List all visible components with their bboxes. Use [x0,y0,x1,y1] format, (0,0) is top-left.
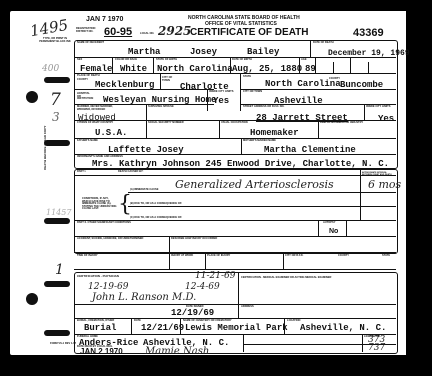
death-caused-by-label: DEATH CAUSED BY: [118,171,143,174]
middle-name: Josey [190,47,217,57]
registrar-signature: Mamie Nash [145,346,209,357]
punch-hole-2 [26,293,38,305]
side-text: DEATH BEFORE 1 YEAR COPY [44,126,47,170]
disposition-date-label: DATE [134,320,141,323]
accident-label: ACCIDENT, SUICIDE, HOMICIDE, OR UNDETERM… [77,238,143,241]
margin-note-7: 7 [50,90,61,110]
last-name: Bailey [247,47,279,57]
interval-label: APPROXIMATE INTERVAL BETWEEN ONSET AND D… [362,172,394,176]
punch-hole [26,91,38,103]
last-saw-alive: 12-4-69 [185,282,220,292]
location-label: LOCATION [287,320,300,323]
injury-at-work-label: INJURY AT WORK [171,255,193,258]
name-label: NAME OF DECEDENT [77,42,104,45]
margin-tab-parents [44,140,70,146]
describe-injury-label: DESCRIBE HOW INJURY OCCURRED [171,238,217,241]
autopsy: No [329,228,338,235]
inside-city-label: INSIDE CITY LIMITS [209,91,233,94]
part2-label: PART II. OTHER SIGNIFICANT CONDITIONS [77,222,131,225]
age-label: AGE [301,59,307,62]
cause-interval: 6 mos [368,178,401,191]
burial: Burial [84,323,116,333]
injury-state-label: STATE [382,255,390,258]
received-stamp: JAN 7 1970 [86,16,123,23]
date-of-death-label: DATE OF DEATH [313,42,334,45]
physician-cert-label: CERTIFICATION - PHYSICIAN [77,275,119,278]
local-no: 2925 [158,24,191,38]
time-of-injury-label: TIME OF INJURY [77,255,98,258]
margin-tab-funeral [44,330,70,336]
marital-label: MARRIED, NEVER MARRIED, WIDOWED, DIVORCE… [77,106,121,111]
location: Asheville, N. C. [300,323,386,333]
residence-county-label: COUNTY [329,78,340,81]
business-label: KIND OF BUSINESS OR INDUSTRY [320,122,363,125]
disposition-date: 12/21/69 [141,323,184,333]
immediate-cause: Generalized Arteriosclerosis [175,178,334,191]
city-rfd-label: CITY OR R.F.D. [285,255,303,258]
inside-city-res-label: INSIDE CITY LIMITS [366,106,392,109]
certificate-title: CERTIFICATE OF DEATH [190,27,309,38]
margin-tab-decedent [44,77,70,83]
form-number: FORM VS-1 REV 1-67 [50,343,76,346]
cemetery: Lewis Memorial Park [185,323,288,333]
part1-label: PART I. [77,171,86,174]
dob-label: DATE OF BIRTH [232,59,252,62]
first-name: Martha [128,47,160,57]
ssn-label: SOCIAL SECURITY NUMBER [148,122,184,125]
sex-label: SEX [77,59,82,62]
attended-from: 11-21-69 [195,271,235,281]
ink-instruction: TYPE, OR PRINT IN PERMANENT BLACK INK [37,38,73,43]
occupation-label: USUAL OCCUPATION [221,122,271,125]
citizen-label: CITIZEN OF WHAT COUNTRY [77,122,113,125]
residence-city-label: CITY OR TOWN [243,91,262,94]
attended-to: 12-19-69 [88,282,128,292]
county-label: COUNTY [77,79,88,82]
margin-tab-cause [44,218,70,224]
margin-note-bottom: 11457 [46,208,71,217]
injury-county-label: COUNTY [338,255,349,258]
mother-label: MOTHER'S MAIDEN NAME [243,140,276,143]
medical-examiner-label: CERTIFICATION - MEDICAL EXAMINER OR ACTI… [241,277,331,280]
autopsy-label: AUTOPSY [323,222,336,225]
occupation: Homemaker [250,128,299,138]
margin-note-1: 1 [55,262,64,278]
date-signed: 12/19/69 [171,308,214,318]
city-label: CITY OF TOWN [162,77,174,82]
birthplace-label: STATE OF BIRTH [156,59,177,62]
registration-district-no: 60-95 [104,26,132,38]
spouse-label: SURVIVING SPOUSE [148,106,174,109]
inside-city: Yes [213,96,229,106]
residence-state-label: STATE [243,76,251,79]
address-label: ADDRESS [241,306,254,309]
margin-tab-certifier [44,281,70,287]
conditions-note: CONDITIONS, IF ANY, WHICH GAVE RISE TO I… [82,198,118,211]
margin-note-400: 400 [42,64,59,74]
race-label: COLOR OR RACE [115,59,137,62]
place-of-injury-label: PLACE OF INJURY [207,255,230,258]
father-label: FATHER'S NAME [77,140,98,143]
physician-signature: John L. Ranson M.D. [92,292,196,303]
certificate-number: 43369 [353,27,384,39]
informant: Mrs. Kathryn Johnson 245 Enwood Drive, C… [92,159,389,169]
registration-district-label: REGISTRATION DISTRICT NO. [76,28,98,33]
citizenship: U.S.A. [95,128,127,138]
hospital-label: HOSPITAL OR INSTITUTION [77,93,91,101]
local-no-label: LOCAL NO. [140,33,154,36]
inside-city-res: Yes [378,114,394,124]
filed-date: JAN 2 1970 [80,347,123,356]
margin-note-3: 3 [52,110,60,124]
license2: 737 [368,343,385,353]
street-label: STREET ADDRESS OR R.F.D. No. [243,106,284,109]
